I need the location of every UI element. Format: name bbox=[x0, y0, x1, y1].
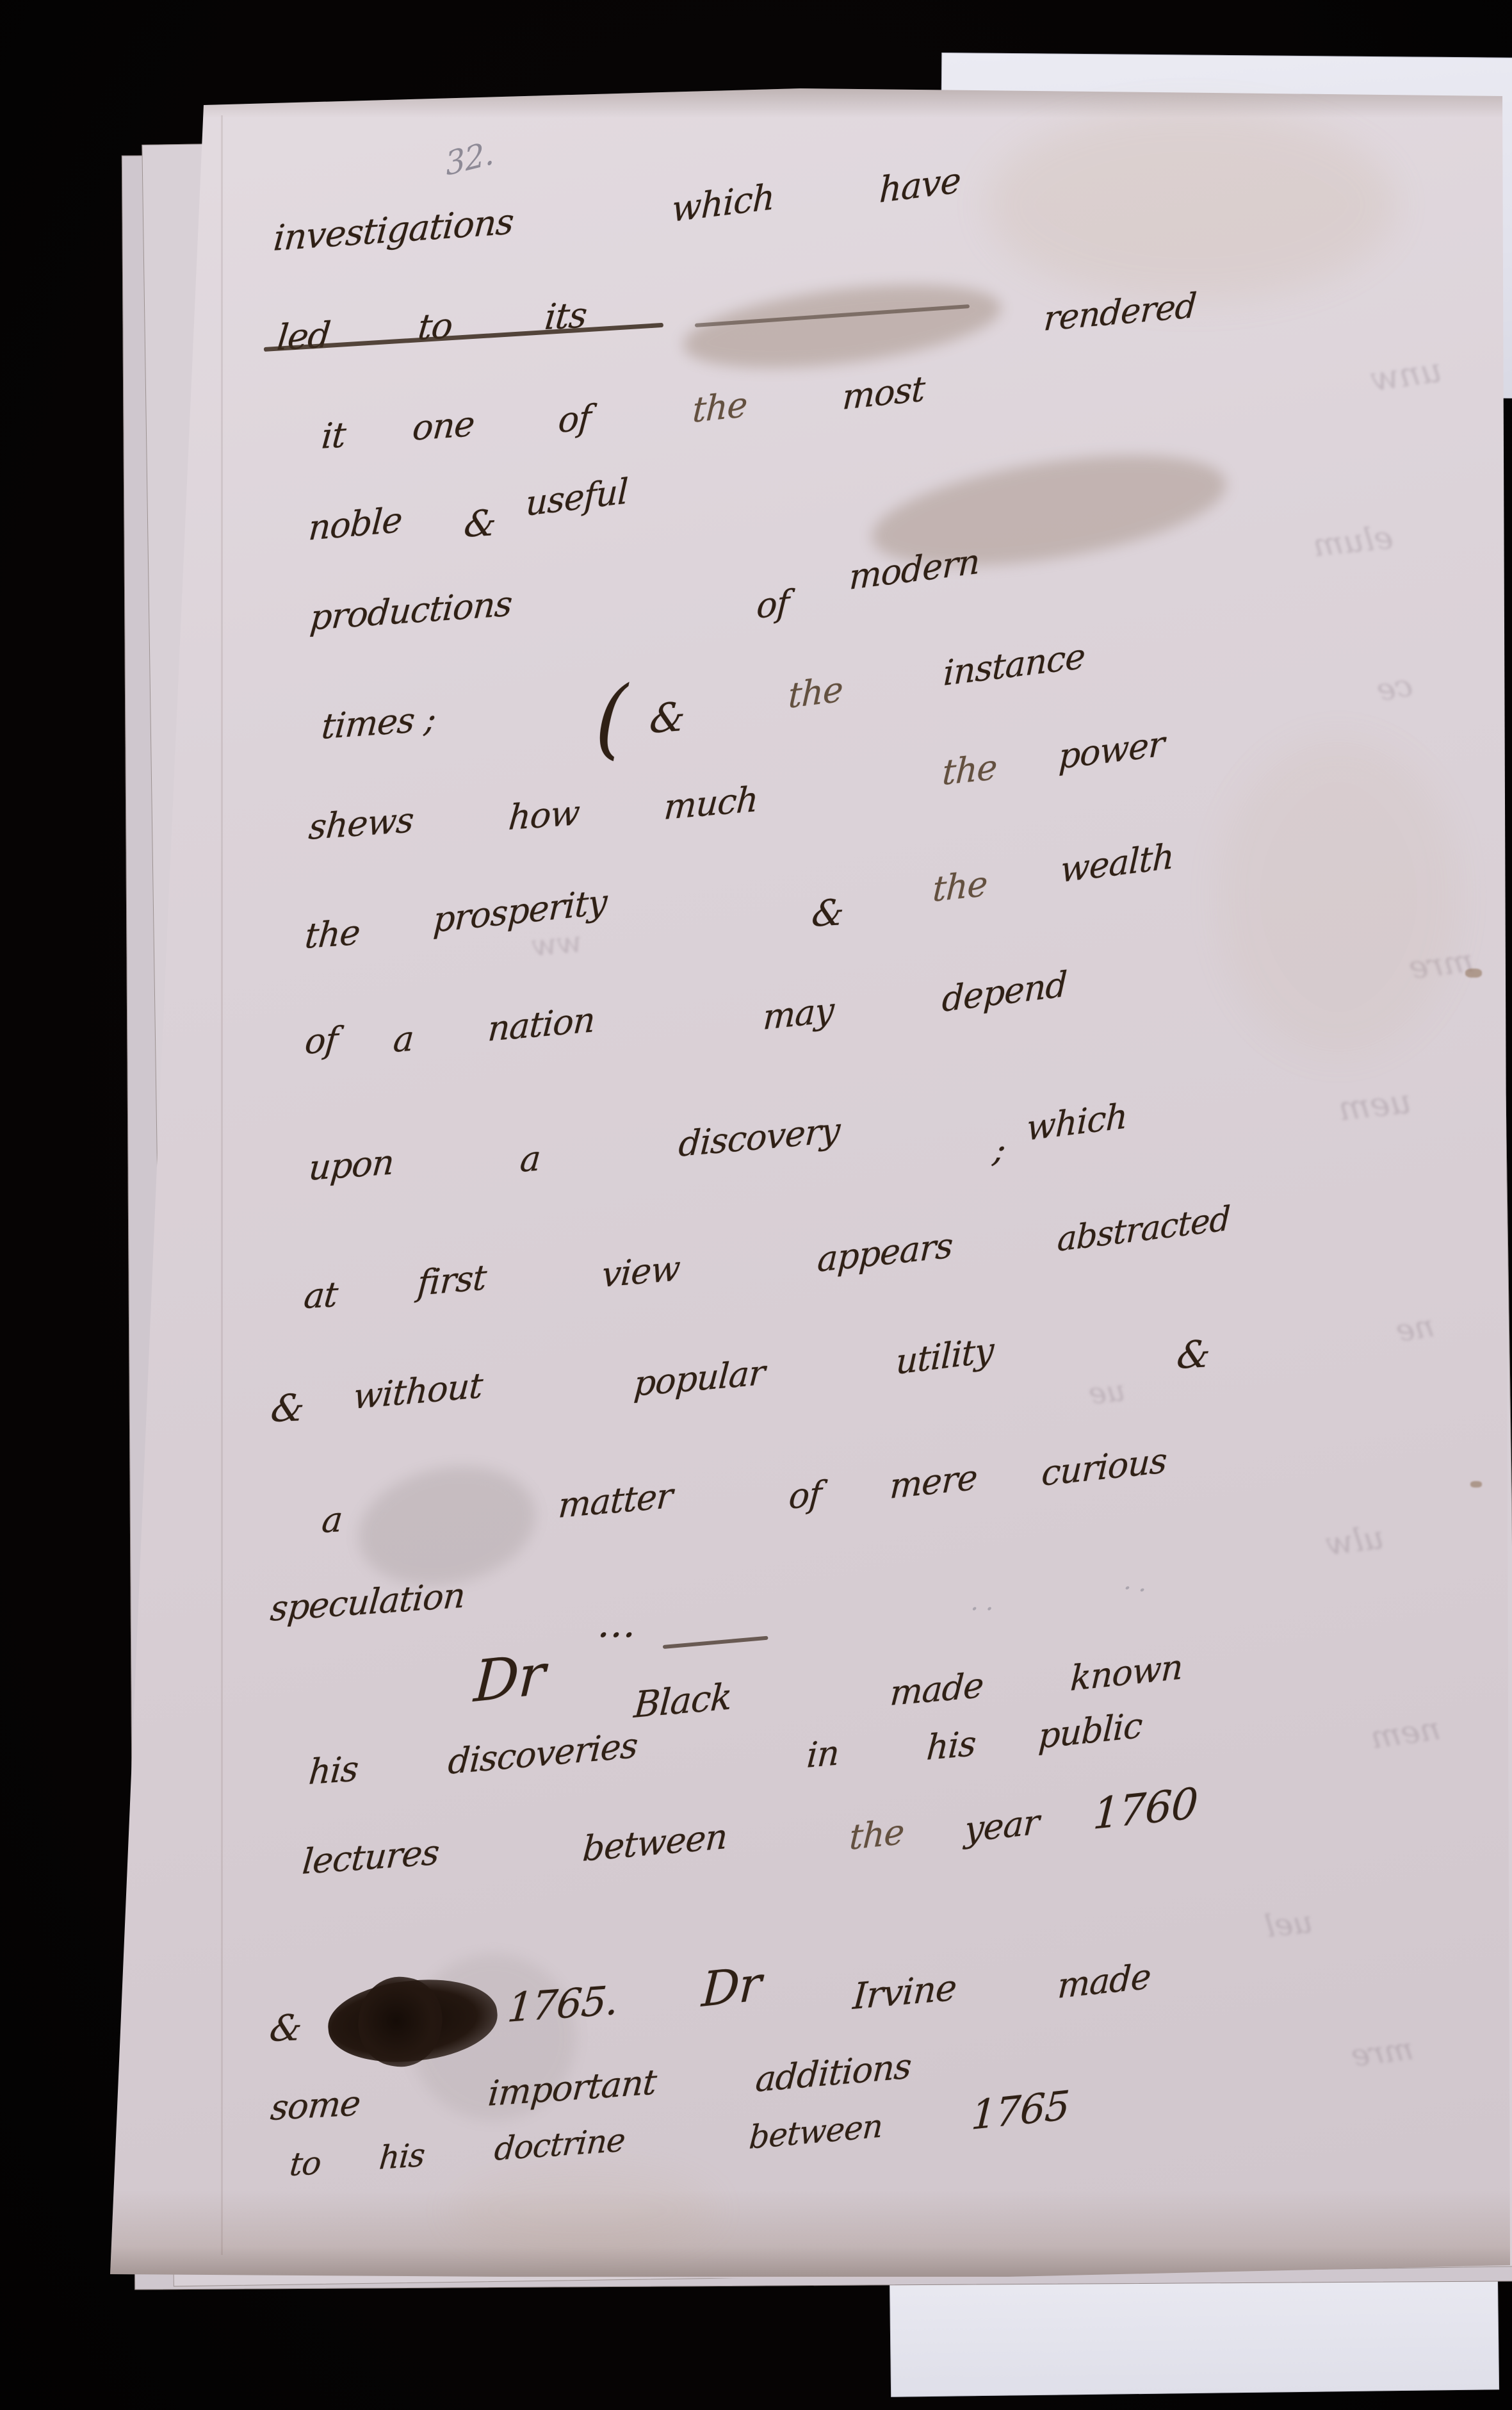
strikethrough-stroke bbox=[264, 323, 663, 352]
strikethrough-stroke bbox=[695, 304, 970, 327]
paper-edge-nick bbox=[1465, 969, 1482, 978]
strike-blot-layer bbox=[0, 0, 1512, 2410]
strikethrough-stroke bbox=[663, 1636, 768, 1649]
manuscript-photo-scene: unwelumcemreuemneulwnemuelmrewwue 32.inv… bbox=[0, 0, 1512, 2410]
paper-edge-nick bbox=[1470, 1481, 1482, 1488]
